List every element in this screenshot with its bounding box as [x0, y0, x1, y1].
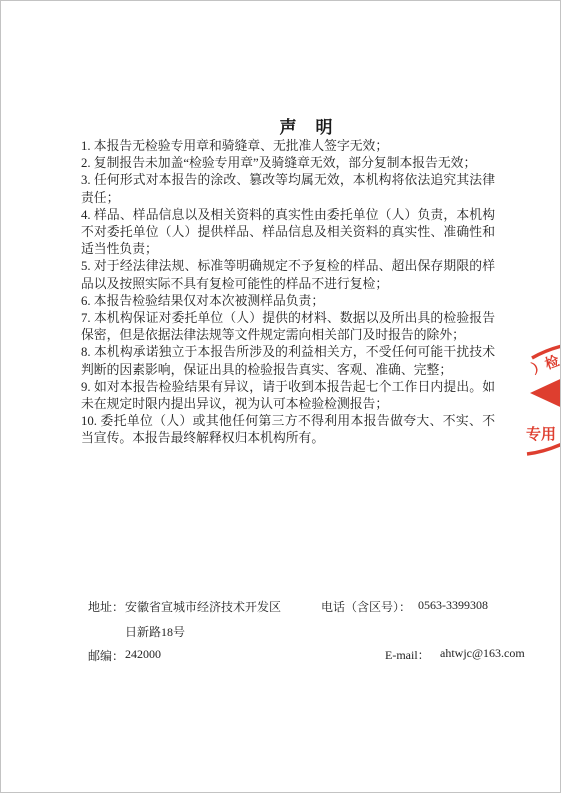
document-page: 声 明 1. 本报告无检验专用章和骑缝章、无批准人签字无效； 2. 复制报告未加…	[0, 0, 561, 793]
statement-item-7: 7. 本机构保证对委托单位（人）提供的材料、数据以及所出具的检验报告保密，但是依…	[81, 310, 495, 344]
address-value-line1: 安徽省宣城市经济技术开发区	[125, 598, 281, 615]
phone-label: 电话（含区号）：	[321, 598, 411, 615]
email-label: E-mail：	[385, 646, 430, 663]
phone-value: 0563-3399308	[418, 598, 488, 613]
statement-item-9: 9. 如对本报告检验结果有异议，请于收到本报告起七个工作日内提出。如未在规定时限…	[81, 379, 495, 413]
seal-ring-top-arc	[532, 346, 561, 358]
seal-ring-bottom-arc	[527, 444, 561, 454]
statements-list: 1. 本报告无检验专用章和骑缝章、无批准人签字无效； 2. 复制报告未加盖“检验…	[81, 138, 495, 448]
seal-ring-text-fragment: ）检	[530, 352, 561, 378]
inspection-seal-stamp: ）检 专用	[522, 343, 561, 465]
statement-item-10: 10. 委托单位（人）或其他任何第三方不得利用本报告做夸大、不实、不当宣传。本报…	[81, 413, 495, 447]
statement-item-4: 4. 样品、样品信息以及相关资料的真实性由委托单位（人）负责，本机构不对委托单位…	[81, 207, 495, 259]
postcode-label: 邮编：	[88, 647, 124, 664]
seal-center-text-fragment: 专用	[526, 425, 556, 443]
statement-item-5: 5. 对于经法律法规、标准等明确规定不予复检的样品、超出保存期限的样品以及按照实…	[81, 258, 495, 292]
red-star-icon	[530, 343, 561, 444]
statement-item-3: 3. 任何形式对本报告的涂改、篡改等均属无效，本机构将依法追究其法律责任；	[81, 172, 495, 206]
page-title: 声 明	[1, 113, 561, 138]
statement-item-1: 1. 本报告无检验专用章和骑缝章、无批准人签字无效；	[81, 138, 495, 155]
statement-item-2: 2. 复制报告未加盖“检验专用章”及骑缝章无效，部分复制本报告无效；	[81, 155, 495, 172]
address-value-line2: 日新路18号	[125, 623, 185, 640]
statement-item-6: 6. 本报告检验结果仅对本次被测样品负责；	[81, 293, 495, 310]
statement-item-8: 8. 本机构承诺独立于本报告所涉及的利益相关方，不受任何可能干扰技术判断的因素影…	[81, 344, 495, 378]
email-value: ahtwjc@163.com	[440, 646, 525, 661]
address-label: 地址：	[88, 598, 124, 615]
postcode-value: 242000	[125, 647, 161, 662]
